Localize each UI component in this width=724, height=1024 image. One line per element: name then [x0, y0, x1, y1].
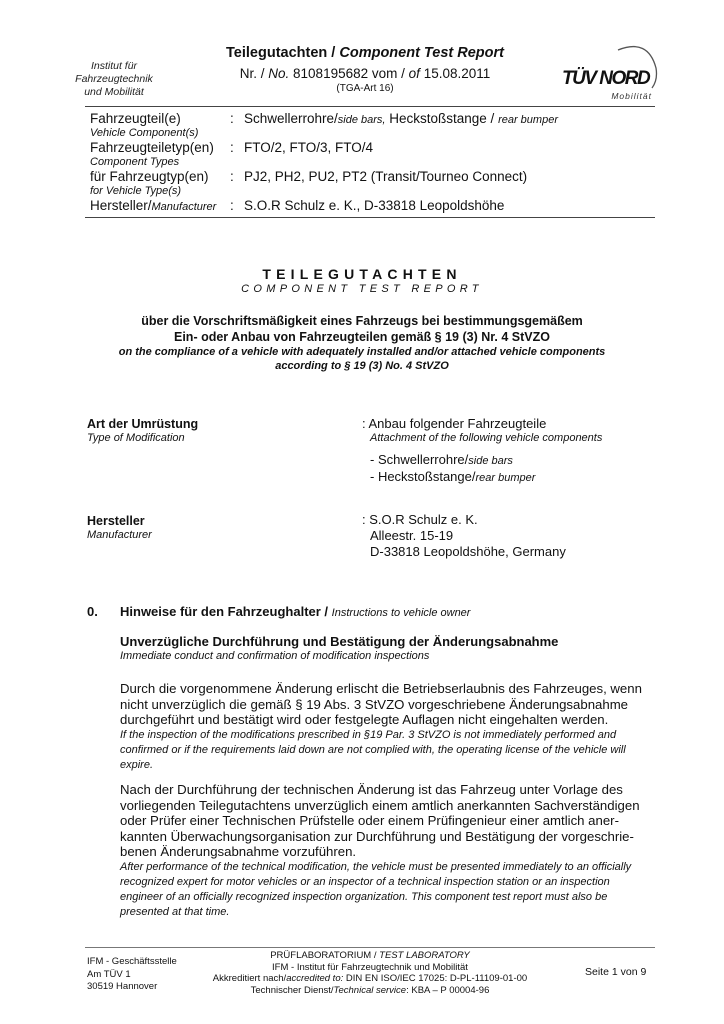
footer-divider	[85, 947, 655, 948]
footer-address-line: 30519 Hannover	[87, 981, 177, 994]
paragraph: Nach der Durchführung der technischen Än…	[120, 782, 655, 920]
paragraph-de: Nach der Durchführung der technischen Än…	[120, 782, 655, 860]
report-number: 8108195682	[293, 66, 368, 81]
institute-name: Institut für Fahrzeugtechnik und Mobilit…	[62, 60, 166, 99]
accr-de: Akkreditiert nach/	[213, 973, 286, 984]
info-value: :S.O.R Schulz e. K., D-33818 Leopoldshöh…	[230, 198, 504, 215]
paragraph-en: After performance of the technical modif…	[120, 860, 655, 920]
section-number: 0.	[87, 604, 120, 619]
info-value-de: Schwellerrohre/	[244, 111, 338, 126]
modification-label-en: Type of Modification	[87, 432, 198, 445]
page-number: Seite 1 von 9	[585, 966, 646, 978]
info-label-en: Manufacturer	[152, 201, 217, 213]
report-number-line: Nr. / No. 8108195682 vom / of 15.08.2011	[160, 66, 570, 81]
accr-en: accredited to:	[286, 973, 343, 984]
info-label: für Fahrzeugtyp(en) for Vehicle Type(s)	[90, 169, 230, 198]
paragraph-en: If the inspection of the modifications p…	[120, 728, 655, 773]
info-row-component: Fahrzeugteil(e) Vehicle Component(s) :Sc…	[90, 111, 660, 140]
modification-value: : Anbau folgender Fahrzeugteile Attachme…	[362, 416, 662, 486]
info-value-de: PJ2, PH2, PU2, PT2 (Transit/Tourneo Conn…	[244, 169, 527, 184]
subheading-de: Unverzügliche Durchführung und Bestätigu…	[120, 634, 558, 650]
header-title: Teilegutachten / Component Test Report	[160, 45, 570, 61]
section-title-en: Instructions to vehicle owner	[332, 607, 471, 619]
document-subtitle-en: on the compliance of a vehicle with adeq…	[0, 345, 724, 373]
info-label-en: for Vehicle Type(s)	[90, 185, 230, 198]
logo-sub: Mobilität	[611, 91, 652, 101]
tuv-nord-logo: TÜV NORD Mobilität	[560, 40, 660, 104]
address-line-text: S.O.R Schulz e. K.	[369, 512, 477, 527]
info-label-de-text: Hersteller/	[90, 198, 152, 213]
subheading-en: Immediate conduct and confirmation of mo…	[120, 650, 558, 663]
header-title-de: Teilegutachten /	[226, 45, 335, 61]
document-subtitle: über die Vorschriftsmäßigkeit eines Fahr…	[0, 313, 724, 345]
footer-accreditation: Akkreditiert nach/accredited to: DIN EN …	[195, 973, 545, 985]
info-label-de: Fahrzeugteil(e)	[90, 111, 230, 127]
modification-item: - Heckstoßstange/rear bumper	[362, 469, 662, 486]
section-subheading: Unverzügliche Durchführung und Bestätigu…	[120, 634, 558, 663]
modification-label: Art der Umrüstung Type of Modification	[87, 416, 198, 445]
lab-de: PRÜFLABORATORIUM /	[270, 950, 376, 961]
lab-en: TEST LABORATORY	[379, 950, 470, 961]
modification-item: - Schwellerrohre/side bars	[362, 452, 662, 469]
institute-line: und Mobilität	[62, 86, 166, 99]
accr-value: DIN EN ISO/IEC 17025: D-PL-11109-01-00	[343, 973, 527, 984]
footer-address: IFM - Geschäftsstelle Am TÜV 1 30519 Han…	[87, 956, 177, 994]
info-label: Fahrzeugteil(e) Vehicle Component(s)	[90, 111, 230, 140]
report-date: 15.08.2011	[424, 66, 491, 81]
info-label-de: für Fahrzeugtyp(en)	[90, 169, 230, 185]
info-value-en: rear bumper	[498, 114, 558, 126]
info-value: :Schwellerrohre/side bars, Heckstoßstang…	[230, 111, 558, 140]
info-label-de: Fahrzeugteiletyp(en)	[90, 140, 230, 156]
manufacturer-address: : S.O.R Schulz e. K. Alleestr. 15-19 D-3…	[362, 512, 662, 560]
manufacturer-label-de: Hersteller	[87, 513, 152, 529]
info-value-de: S.O.R Schulz e. K., D-33818 Leopoldshöhe	[244, 198, 504, 213]
info-label-de: Hersteller/Manufacturer	[90, 198, 230, 215]
info-value-de: FTO/2, FTO/3, FTO/4	[244, 140, 373, 155]
tga-type: (TGA-Art 16)	[160, 83, 570, 94]
info-label-en: Vehicle Component(s)	[90, 127, 230, 140]
footer-address-line: IFM - Geschäftsstelle	[87, 956, 177, 969]
info-label: Fahrzeugteiletyp(en) Component Types	[90, 140, 230, 169]
info-row-component-types: Fahrzeugteiletyp(en) Component Types :FT…	[90, 140, 660, 169]
modification-value-en: Attachment of the following vehicle comp…	[362, 432, 662, 445]
subtitle-line: über die Vorschriftsmäßigkeit eines Fahr…	[0, 313, 724, 329]
section-title-de: Hinweise für den Fahrzeughalter /	[120, 604, 328, 619]
nr-label-en: No.	[268, 66, 289, 81]
info-label: Hersteller/Manufacturer	[90, 198, 230, 215]
section-heading: 0.Hinweise für den Fahrzeughalter / Inst…	[87, 604, 470, 619]
info-value: :PJ2, PH2, PU2, PT2 (Transit/Tourneo Con…	[230, 169, 527, 198]
ts-de: Technischer Dienst/	[251, 985, 334, 996]
subtitle-line-en: according to § 19 (3) No. 4 StVZO	[0, 359, 724, 373]
footer-lab-info: PRÜFLABORATORIUM / TEST LABORATORY IFM -…	[195, 950, 545, 996]
modification-value-text: Anbau folgender Fahrzeugteile	[369, 416, 547, 431]
document-title-en: COMPONENT TEST REPORT	[0, 283, 724, 295]
paragraph: Durch die vorgenommene Änderung erlischt…	[120, 681, 655, 773]
item-de: - Schwellerrohre/	[370, 452, 468, 467]
info-row-vehicle-types: für Fahrzeugtyp(en) for Vehicle Type(s) …	[90, 169, 660, 198]
footer-lab: PRÜFLABORATORIUM / TEST LABORATORY	[195, 950, 545, 962]
modification-value-de: : Anbau folgender Fahrzeugteile	[362, 416, 662, 432]
address-line: Alleestr. 15-19	[362, 528, 662, 544]
manufacturer-label-en: Manufacturer	[87, 529, 152, 542]
info-row-manufacturer: Hersteller/Manufacturer :S.O.R Schulz e.…	[90, 198, 660, 215]
info-value-en: side bars,	[338, 114, 386, 126]
footer-technical-service: Technischer Dienst/Technical service: KB…	[195, 985, 545, 997]
ts-value: : KBA – P 00004-96	[406, 985, 489, 996]
header-title-en: Component Test Report	[339, 45, 504, 61]
item-de: - Heckstoßstange/	[370, 469, 476, 484]
date-label: vom /	[372, 66, 405, 81]
ts-en: Technical service	[334, 985, 407, 996]
info-table: Fahrzeugteil(e) Vehicle Component(s) :Sc…	[90, 111, 660, 215]
item-en: rear bumper	[476, 472, 536, 484]
logo-brand: TÜV NORD	[562, 68, 649, 90]
document-title: TEILEGUTACHTEN	[0, 266, 724, 282]
subtitle-line-en: on the compliance of a vehicle with adeq…	[0, 345, 724, 359]
footer-address-line: Am TÜV 1	[87, 969, 177, 982]
subtitle-line: Ein- oder Anbau von Fahrzeugteilen gemäß…	[0, 329, 724, 345]
item-en: side bars	[468, 455, 513, 467]
footer-institute: IFM - Institut für Fahrzeugtechnik und M…	[195, 962, 545, 974]
address-line: D-33818 Leopoldshöhe, Germany	[362, 544, 662, 560]
institute-line: Institut für	[62, 60, 166, 73]
address-line: : S.O.R Schulz e. K.	[362, 512, 662, 528]
header-divider	[85, 106, 655, 107]
info-value: :FTO/2, FTO/3, FTO/4	[230, 140, 373, 169]
info-label-en: Component Types	[90, 156, 230, 169]
info-value-de: Heckstoßstange /	[386, 111, 499, 126]
manufacturer-label: Hersteller Manufacturer	[87, 513, 152, 542]
paragraph-de: Durch die vorgenommene Änderung erlischt…	[120, 681, 655, 728]
date-label-en: of	[409, 66, 420, 81]
info-divider	[85, 217, 655, 218]
modification-label-de: Art der Umrüstung	[87, 416, 198, 432]
institute-line: Fahrzeugtechnik	[62, 73, 166, 86]
nr-label: Nr. /	[240, 66, 265, 81]
